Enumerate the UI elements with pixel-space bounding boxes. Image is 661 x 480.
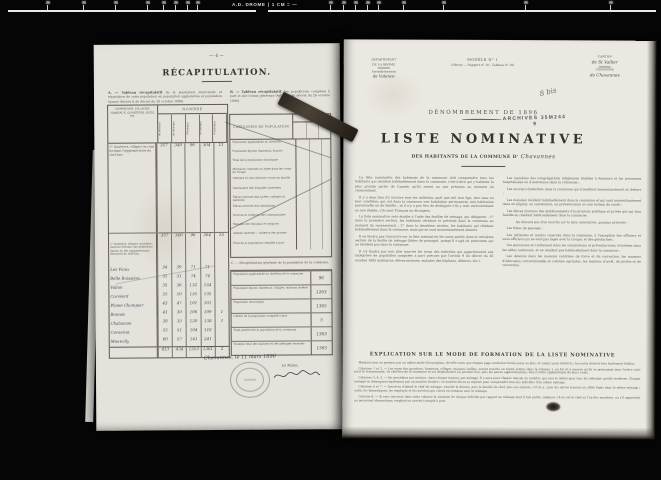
empty-cell bbox=[200, 242, 214, 266]
category-number-cells bbox=[297, 194, 331, 203]
category-label: Novices et religieux des communautés bbox=[231, 213, 297, 223]
instruction-paragraph: Les élèves internes des établissements d… bbox=[503, 209, 642, 218]
table-a-subcols: de maisonsde ménagesd'hommesde femmesd'i… bbox=[158, 114, 227, 143]
instruction-paragraph: La liste nominative sera établie à l'aid… bbox=[355, 214, 494, 232]
title-divider bbox=[461, 166, 505, 167]
cell-value: 55 bbox=[158, 328, 172, 337]
hamlet-name: Corréard bbox=[109, 293, 157, 302]
mairie-round-stamp: MAIRIE bbox=[230, 362, 270, 398]
empty-cell bbox=[109, 233, 157, 242]
instruction-paragraph: Les ouvriers domiciliés dans la commune … bbox=[503, 187, 642, 196]
empty-cell bbox=[199, 169, 214, 232]
cell-value: 31 bbox=[171, 274, 185, 283]
category-number-cells bbox=[297, 213, 331, 222]
cell-value: 43 bbox=[157, 301, 171, 310]
departement-line2: DE LA DRÔME bbox=[354, 62, 414, 67]
category-row: Total de la population comptée à part bbox=[231, 240, 331, 250]
ink-smudge bbox=[546, 402, 560, 411]
cell-value: 134 bbox=[200, 283, 214, 292]
section-c-title: C. — Récapitulation générale de la popul… bbox=[230, 260, 330, 265]
explication-paragraphs: Marquez tout en premier par un même mode… bbox=[354, 361, 640, 406]
cell-value: 120 bbox=[186, 319, 200, 328]
recap-row: Total général de la population de la com… bbox=[232, 326, 332, 341]
cell-value: 101 bbox=[186, 301, 200, 310]
ruler-line-left bbox=[8, 10, 256, 12]
category-number-cells bbox=[297, 222, 331, 231]
cell-value: 36 bbox=[172, 283, 186, 292]
cell-value: 13 bbox=[214, 233, 228, 242]
cell-value: 116 bbox=[200, 328, 214, 337]
table-a-header: COMMUNES, VILLAGES, HAMEAUX, QUARTIERS, … bbox=[108, 105, 227, 144]
recap-value: 1263 bbox=[310, 285, 331, 298]
page-torn-edge-right bbox=[645, 41, 657, 439]
stamp-text: MAIRIE bbox=[236, 368, 264, 392]
recap-label: Population éparse (hameaux, villages, ma… bbox=[231, 285, 310, 299]
ruler-tick bbox=[367, 5, 368, 10]
cell-value bbox=[214, 265, 228, 274]
cell-value: 101 bbox=[200, 301, 214, 310]
table-a-row-agglomeree: 1° Quartiers, villages ou rues formant l… bbox=[108, 143, 227, 169]
instruction-paragraph: La liste nominative des habitants de la … bbox=[355, 175, 494, 193]
ruler-tick bbox=[197, 5, 198, 10]
commune-name-handwritten: Chavannes bbox=[521, 154, 556, 160]
instruction-paragraph: Les détenus dans les maisons centrales d… bbox=[502, 254, 641, 268]
category-number-cells bbox=[297, 167, 331, 176]
modele-block: MODÈLE N° 1 (Décret — Rapport n° 10 ; Ta… bbox=[441, 58, 525, 68]
recap-row: Population éparse (hameaux, villages, ma… bbox=[231, 284, 331, 299]
ruler-tick bbox=[163, 5, 164, 10]
empty-cell bbox=[157, 169, 172, 232]
instruction-paragraph: Il n'y faudra pas non plus inscrire les … bbox=[355, 249, 494, 263]
right-page-liste-nominative: DÉPARTEMENT DE LA DRÔME Arrondissement d… bbox=[342, 39, 656, 438]
cell-value bbox=[214, 283, 228, 292]
instruction-paragraph: Les militaires et marins casernés dans l… bbox=[502, 233, 641, 242]
cell-value: 340 bbox=[171, 144, 185, 170]
film-ruler: A.D. DROME | 1 CM = — bbox=[0, 0, 661, 13]
recap-value: 5 bbox=[311, 313, 332, 326]
hamlet-name: Montvilly bbox=[110, 338, 158, 347]
cell-value: 413 bbox=[158, 347, 172, 357]
cell-value: 340 bbox=[171, 233, 185, 242]
recap-value: 96 bbox=[310, 271, 331, 284]
cell-value: 60 bbox=[158, 337, 172, 346]
subcol-header: de ménages bbox=[172, 114, 186, 142]
recap-row: Population agglomérée au chef-lieu de la… bbox=[231, 270, 331, 285]
cell-value: 135 bbox=[200, 292, 214, 301]
empty-cell bbox=[213, 169, 228, 232]
recap-row: Population municipale 1365 bbox=[231, 298, 331, 313]
category-number-cells bbox=[297, 231, 331, 240]
explication-paragraph: Colonnes 6 et 7. — Inscrivez d'abord le … bbox=[354, 386, 640, 395]
category-label: Population éparse (hameaux, écarts) bbox=[230, 149, 296, 159]
ruler-tick bbox=[343, 5, 344, 10]
cell-value: 39 bbox=[158, 319, 172, 328]
category-label: Gendarmes des brigades casernées bbox=[231, 185, 297, 195]
table-a-nombre-group: NOMBRE de maisonsde ménagesd'hommesde fe… bbox=[158, 105, 227, 143]
hamlet-name: Vallon bbox=[109, 284, 157, 293]
cell-value: 96 bbox=[185, 143, 199, 169]
ruler-tick bbox=[83, 5, 84, 10]
table-a-col-header: COMMUNES, VILLAGES, HAMEAUX, QUARTIERS, … bbox=[108, 105, 158, 143]
cell-value: 1 bbox=[214, 319, 228, 328]
cell-value: 50 bbox=[172, 292, 186, 301]
page-number: — 4 — bbox=[94, 53, 340, 60]
page-torn-edge-bottom bbox=[342, 426, 654, 439]
cell-value: 241 bbox=[200, 337, 214, 346]
instruction-paragraph: Les hôtes de passage ; bbox=[503, 226, 642, 231]
small-rule bbox=[378, 67, 390, 68]
subcol-header: d'hommes bbox=[186, 114, 200, 142]
subcol-header: de femmes bbox=[200, 114, 214, 142]
archives-stamp: ARCHIVES 35M244 9 bbox=[489, 114, 579, 129]
hamlet-name: Chalancon bbox=[110, 320, 158, 329]
cell-value: 132 bbox=[186, 283, 200, 292]
cell-value: 30 bbox=[172, 310, 186, 319]
ruler-tick bbox=[147, 5, 148, 10]
subtitle-text: DES HABITANTS DE LA COMMUNE D’ bbox=[411, 155, 518, 160]
category-label: Officiers et sous-officiers vivant en fa… bbox=[231, 176, 297, 186]
title-rule bbox=[202, 81, 232, 82]
ruler-tick bbox=[330, 5, 331, 10]
archive-ruler-label: A.D. DROME bbox=[232, 2, 266, 7]
cell-value bbox=[214, 301, 228, 310]
empty-cell bbox=[171, 169, 186, 232]
cell-value: 104 bbox=[186, 328, 200, 337]
cell-value: 41 bbox=[158, 310, 172, 319]
empty-cell bbox=[171, 242, 185, 266]
ruler-tick bbox=[403, 5, 404, 10]
recap-row: Chiffre de la population comptée à part … bbox=[232, 312, 332, 327]
ruler-tick bbox=[175, 5, 176, 10]
category-number-cells bbox=[297, 204, 331, 213]
maire-signature bbox=[272, 368, 322, 382]
modele-ref: (Décret — Rapport n° 10 ; Tableau n° 10) bbox=[441, 63, 525, 68]
small-rule bbox=[599, 66, 611, 67]
cell-value: 35 bbox=[157, 283, 171, 292]
table-b-rows: Population agglomérée au chef-lieu Popul… bbox=[230, 139, 331, 250]
empty-cell bbox=[214, 242, 228, 266]
ruler-tick bbox=[378, 5, 379, 10]
cell-value: 357 bbox=[156, 144, 170, 170]
cell-value: 1 bbox=[214, 310, 228, 319]
pencil-cote-note: 8 bis bbox=[539, 86, 557, 98]
canton-block: CANTON de St Vallier COMMUNE de Chavanne… bbox=[569, 54, 641, 78]
subcol-header: d'individus bbox=[213, 114, 227, 142]
explication-title: EXPLICATION SUR LE MODE DE FORMATION DE … bbox=[342, 351, 642, 358]
category-label: Aliénés internés — détenus des prisons bbox=[231, 231, 297, 241]
category-number-cells bbox=[297, 240, 331, 249]
instruction-paragraph: Il ne faudra pas transcrire sur la liste… bbox=[355, 234, 494, 248]
ruler-tick bbox=[610, 5, 611, 10]
instructions-col1: La liste nominative des habitants de la … bbox=[355, 175, 494, 348]
ruler-tick bbox=[47, 5, 48, 10]
instruction-paragraph: Les malades résidant habituellement dans… bbox=[503, 198, 642, 207]
recapitulation-title: RÉCAPITULATION. bbox=[94, 67, 340, 79]
table-a-empty-rows bbox=[109, 169, 228, 233]
section2-label: 2° Hameaux, villages, quartiers, maisons… bbox=[109, 242, 157, 266]
table-a-communes: COMMUNES, VILLAGES, HAMEAUX, QUARTIERS, … bbox=[107, 104, 230, 359]
subtitle-line: DES HABITANTS DE LA COMMUNE D’ Chavannes bbox=[343, 153, 623, 160]
empty-cell bbox=[185, 169, 200, 232]
table-a-hamlet-rows: Les Viaux 34 39 71 71 Belle Buissière 31… bbox=[109, 265, 229, 347]
subcol-header: de maisons bbox=[158, 114, 172, 142]
left-page-recapitulation: — 4 — RÉCAPITULATION. A. — Tableau récap… bbox=[94, 43, 343, 431]
recap-value: 1365 bbox=[310, 299, 331, 312]
empty-cell bbox=[110, 348, 158, 358]
cell-value: 135 bbox=[186, 292, 200, 301]
hamlet-name: Bannes bbox=[110, 311, 158, 320]
ruler-tick bbox=[115, 5, 116, 10]
category-label: Population agglomérée au chef-lieu bbox=[230, 139, 296, 149]
departement-block: DÉPARTEMENT DE LA DRÔME Arrondissement d… bbox=[354, 57, 414, 79]
hamlet-name: Corneirat bbox=[110, 329, 158, 338]
category-label: Total de la population municipale bbox=[230, 158, 296, 168]
category-label: Total de la population comptée à part bbox=[231, 241, 297, 251]
section-c-table: Population agglomérée au chef-lieu de la… bbox=[230, 269, 333, 356]
instructions-columns: La liste nominative des habitants de la … bbox=[355, 175, 642, 348]
ruler-tick bbox=[355, 5, 356, 10]
cell-value: 96 bbox=[185, 233, 199, 242]
empty-cell bbox=[109, 169, 157, 232]
empty-cell bbox=[157, 242, 171, 266]
recap-label: Population agglomérée au chef-lieu de la… bbox=[231, 271, 310, 285]
cell-value: 1353 bbox=[186, 347, 200, 357]
cell-value: 304 bbox=[200, 233, 214, 242]
maire-label: Le Maire, bbox=[282, 363, 299, 367]
instruction-paragraph: Les membres des congrégations religieuse… bbox=[503, 176, 642, 185]
cell-value: 47 bbox=[172, 301, 186, 310]
cell-value: 13 bbox=[213, 143, 227, 169]
recap-label: Total général de la population de la com… bbox=[232, 327, 311, 341]
cell-value: 141 bbox=[186, 337, 200, 346]
ruler-tick bbox=[443, 5, 444, 10]
instruction-paragraph: Les personnes en traitement dans les san… bbox=[502, 243, 641, 252]
hamlet-name: Plaine Champier bbox=[109, 302, 157, 311]
cell-value: 35 bbox=[172, 319, 186, 328]
cell-value: 138 bbox=[200, 319, 214, 328]
recap-value: 1365 bbox=[311, 327, 332, 340]
hamlet-name: Les Viaux bbox=[109, 266, 157, 275]
cell-value: 109 bbox=[200, 310, 214, 319]
cell-value: 434 bbox=[172, 347, 186, 357]
commune-handwritten: de Chavannes bbox=[569, 72, 641, 79]
cell-value bbox=[214, 274, 228, 283]
table-a-section2-row: 2° Hameaux, villages, quartiers, maisons… bbox=[109, 242, 228, 266]
cell-value: 57 bbox=[172, 337, 186, 346]
empty-cell bbox=[185, 242, 199, 266]
cell-value: 106 bbox=[186, 310, 200, 319]
instructions-col2-top: Les membres des congrégations religieuse… bbox=[503, 176, 642, 218]
canton-handwritten: de St Vallier bbox=[569, 59, 641, 66]
cell-value bbox=[214, 292, 228, 301]
note-a: A. — Tableau récapitulatif de la populat… bbox=[108, 90, 222, 104]
cell-value: 357 bbox=[157, 233, 171, 242]
recap-label: Chiffre de la population comptée à part bbox=[232, 313, 311, 327]
cell-value bbox=[215, 337, 229, 346]
cell-value: 74 bbox=[200, 274, 214, 283]
ruler-line-right bbox=[268, 10, 656, 12]
cell-value bbox=[214, 328, 228, 337]
explication-paragraph: Colonne 8. — Si vous inscrivez dans cett… bbox=[354, 395, 640, 404]
cell-value: 304 bbox=[199, 143, 213, 169]
category-label: Militaires casernés ou logés dans les co… bbox=[231, 167, 297, 177]
ruler-scale-label: | 1 CM = — bbox=[268, 2, 297, 7]
ruler-tick bbox=[525, 5, 526, 10]
category-number-cells bbox=[296, 158, 330, 167]
cell-value: 74 bbox=[186, 274, 200, 283]
instructions-col2: Les membres des congrégations religieuse… bbox=[502, 176, 641, 349]
nombre-label: NOMBRE bbox=[158, 105, 227, 114]
cell-value: 55 bbox=[157, 292, 171, 301]
instruction-paragraph: Il y a donc lieu d'y inscrire tous les i… bbox=[355, 195, 494, 213]
col2-heading: Ne doivent pas être inscrits sur la list… bbox=[503, 220, 642, 225]
cell-value: 51 bbox=[172, 328, 186, 337]
row-label: 1° Quartiers, villages ou rues formant l… bbox=[108, 144, 156, 170]
instructions-col2-bottom: Les hôtes de passage ;Les militaires et … bbox=[502, 226, 641, 268]
ruler-tick bbox=[187, 5, 188, 10]
liste-nominative-title: LISTE NOMINATIVE bbox=[343, 131, 623, 147]
recap-label: Population municipale bbox=[231, 299, 310, 313]
archive-scan-viewport: A.D. DROME | 1 CM = — — 4 — RÉCAPITULATI… bbox=[0, 0, 661, 480]
arrondissement-handwritten: de Valence bbox=[354, 73, 414, 79]
denombrement-title: DÉNOMBREMENT DE 1896 bbox=[344, 109, 624, 116]
